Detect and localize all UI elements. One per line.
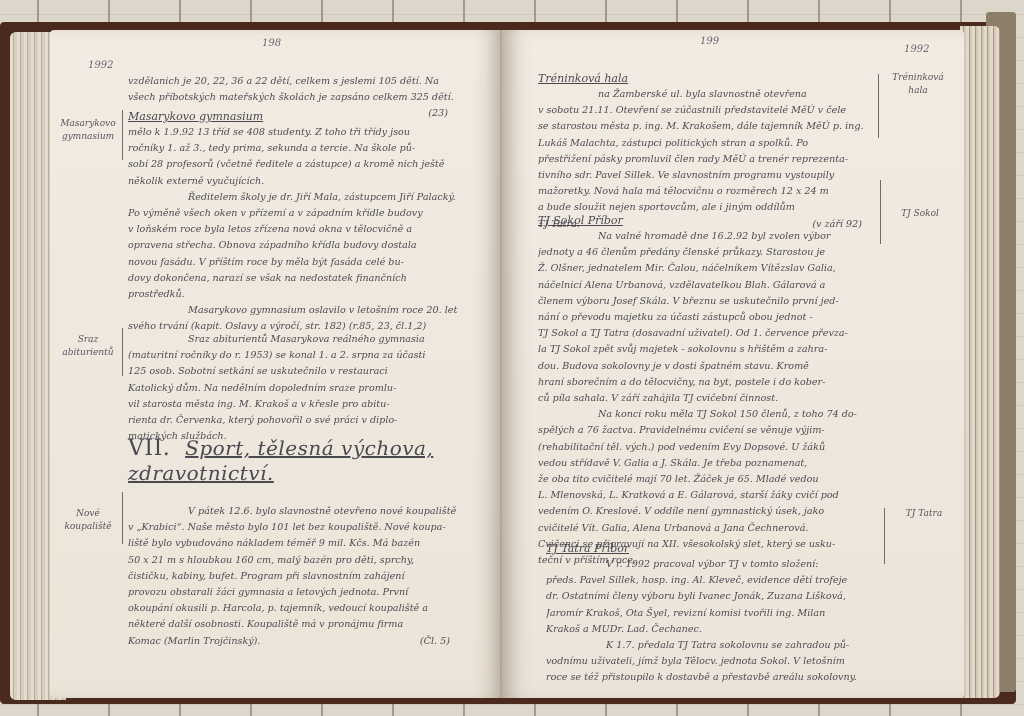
year-label: 1992 [88,60,113,71]
margin-rule [122,328,123,376]
year-label: 1992 [904,44,929,55]
section-title: TJ Tatra Příbor [546,542,884,555]
margin-note-tj-tatra: TJ Tatra [894,508,954,521]
margin-note-tj-sokol: TJ Sokol [890,208,950,221]
margin-note-training-hall: Tréninková hala [886,72,950,98]
margin-rule [878,74,879,138]
chapter-title: Sport, tělesná výchova, zdravotnictví. [128,436,433,485]
left-page: 1992 198 vzdělanich je 20, 22, 36 a 22 d… [50,30,502,698]
section-title: Tréninková hala [538,72,878,85]
margin-rule [884,508,885,564]
margin-note-swimming-pool: Nové koupaliště [58,508,118,534]
section-swimming-pool: V pátek 12.6. bylo slavnostně otevřeno n… [128,504,490,650]
section-reunion: Sraz abiturientů Masarykova reálného gym… [128,332,490,445]
open-chronicle-book: 1992 198 vzdělanich je 20, 22, 36 a 22 d… [10,26,1010,704]
right-page: 199 1992 Tréninková hala na Žamberské ul… [502,30,964,698]
section-tj-tatra: TJ Tatra Příbor V r. 1992 pracoval výbor… [546,542,884,687]
chapter-number: VII. [128,436,170,461]
page-number: 198 [262,38,281,49]
margin-rule [880,180,881,244]
section-title: TJ Sokol Příbor [538,214,878,227]
section-gymnasium: Masarykovo gymnasium mělo k 1.9.92 13 tř… [128,110,490,336]
chapter-heading: VII. Sport, tělesná výchova, zdravotnict… [128,436,502,485]
margin-note-gymnasium: Masarykovo gymnasium [58,118,118,144]
page-number: 199 [700,36,719,47]
section-training-hall: Tréninková hala na Žamberské ul. byla sl… [538,72,878,233]
margin-rule [122,110,123,160]
margin-rule [122,492,123,544]
section-tj-sokol: TJ Sokol Příbor Na valné hromadě dne 16.… [538,214,878,569]
margin-note-reunion: Sraz abiturientů [58,334,118,360]
right-page-stack [960,26,1000,698]
section-title: Masarykovo gymnasium [128,110,490,123]
